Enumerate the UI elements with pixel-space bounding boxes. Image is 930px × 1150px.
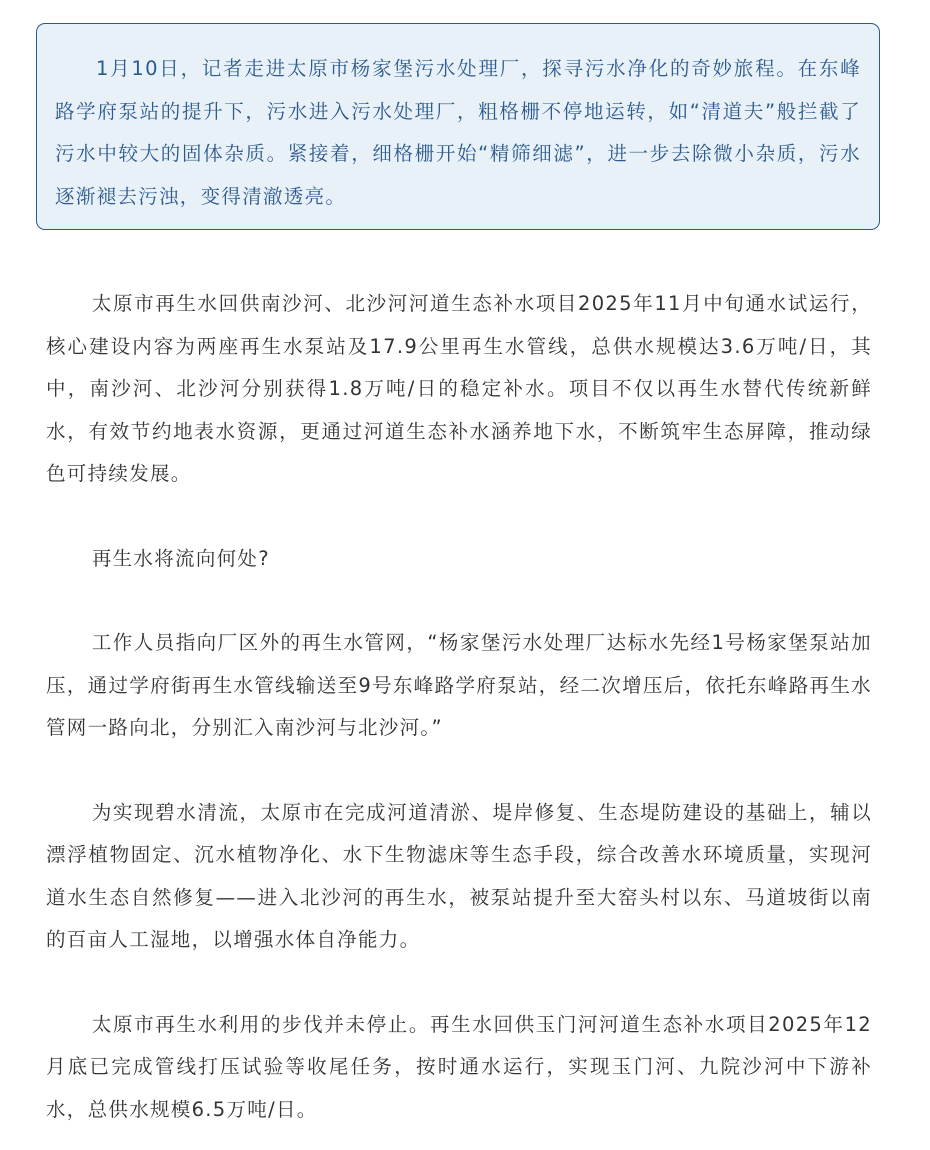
paragraph-pipeline-route: 工作人员指向厂区外的再生水管网，“杨家堡污水处理厂达标水先经1号杨家堡泵站加压，…: [46, 622, 872, 750]
article-body: 太原市再生水回供南沙河、北沙河河道生态补水项目2025年11月中旬通水试运行，核…: [46, 283, 872, 1131]
paragraph-ecological-restoration: 为实现碧水清流，太原市在完成河道清淤、堤岸修复、生态堤防建设的基础上，辅以漂浮植…: [46, 792, 872, 962]
paragraph-question-heading: 再生水将流向何处?: [46, 538, 872, 581]
paragraph-project-overview: 太原市再生水回供南沙河、北沙河河道生态补水项目2025年11月中旬通水试运行，核…: [46, 283, 872, 496]
paragraph-yumen-river-project: 太原市再生水利用的步伐并未停止。再生水回供玉门河河道生态补水项目2025年12月…: [46, 1004, 872, 1132]
intro-paragraph: 1月10日，记者走进太原市杨家堡污水处理厂，探寻污水净化的奇妙旅程。在东峰路学府…: [55, 48, 861, 218]
intro-highlight-box: 1月10日，记者走进太原市杨家堡污水处理厂，探寻污水净化的奇妙旅程。在东峰路学府…: [36, 23, 880, 230]
